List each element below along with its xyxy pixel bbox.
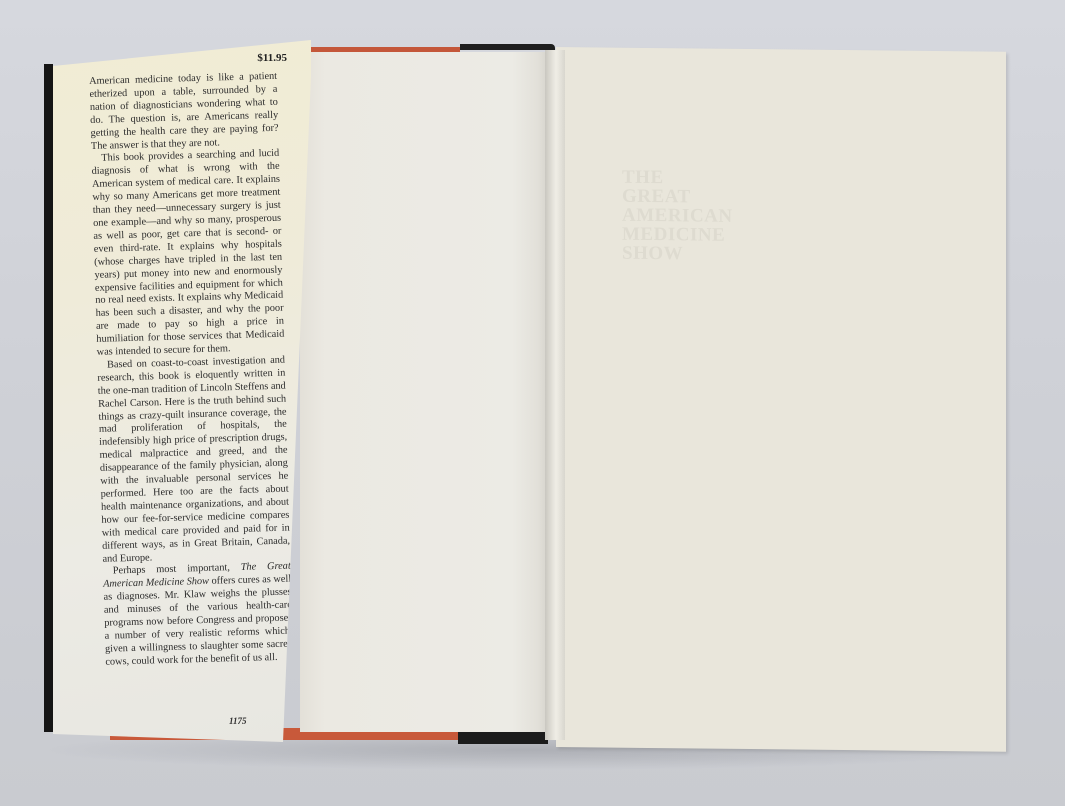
right-page: The Great American Medicine Show (556, 47, 1006, 752)
blurb-paragraph: American medicine today is like a patien… (89, 71, 279, 154)
blurb-paragraph: This book provides a searching and lucid… (91, 148, 285, 360)
bleed-through-title: The Great American Medicine Show (622, 168, 822, 265)
price-label: $11.95 (257, 52, 287, 64)
cover-board-left-edge (44, 64, 53, 732)
cover-board-bottom-black (458, 730, 548, 744)
dust-jacket-flap: $11.95 American medicine today is like a… (53, 40, 311, 742)
left-endpaper (300, 52, 550, 732)
book-gutter (545, 50, 565, 740)
blurb-lead: Perhaps most important, (113, 562, 241, 577)
jacket-code: 1175 (229, 716, 247, 726)
blurb-paragraph: Based on coast-to-coast investigation an… (97, 355, 291, 567)
blurb-paragraph-last: Perhaps most important, The Great Americ… (103, 561, 294, 669)
cover-board-top-black (460, 44, 555, 50)
flap-blurb: American medicine today is like a patien… (89, 71, 294, 670)
bleed-line: Show (622, 244, 822, 265)
